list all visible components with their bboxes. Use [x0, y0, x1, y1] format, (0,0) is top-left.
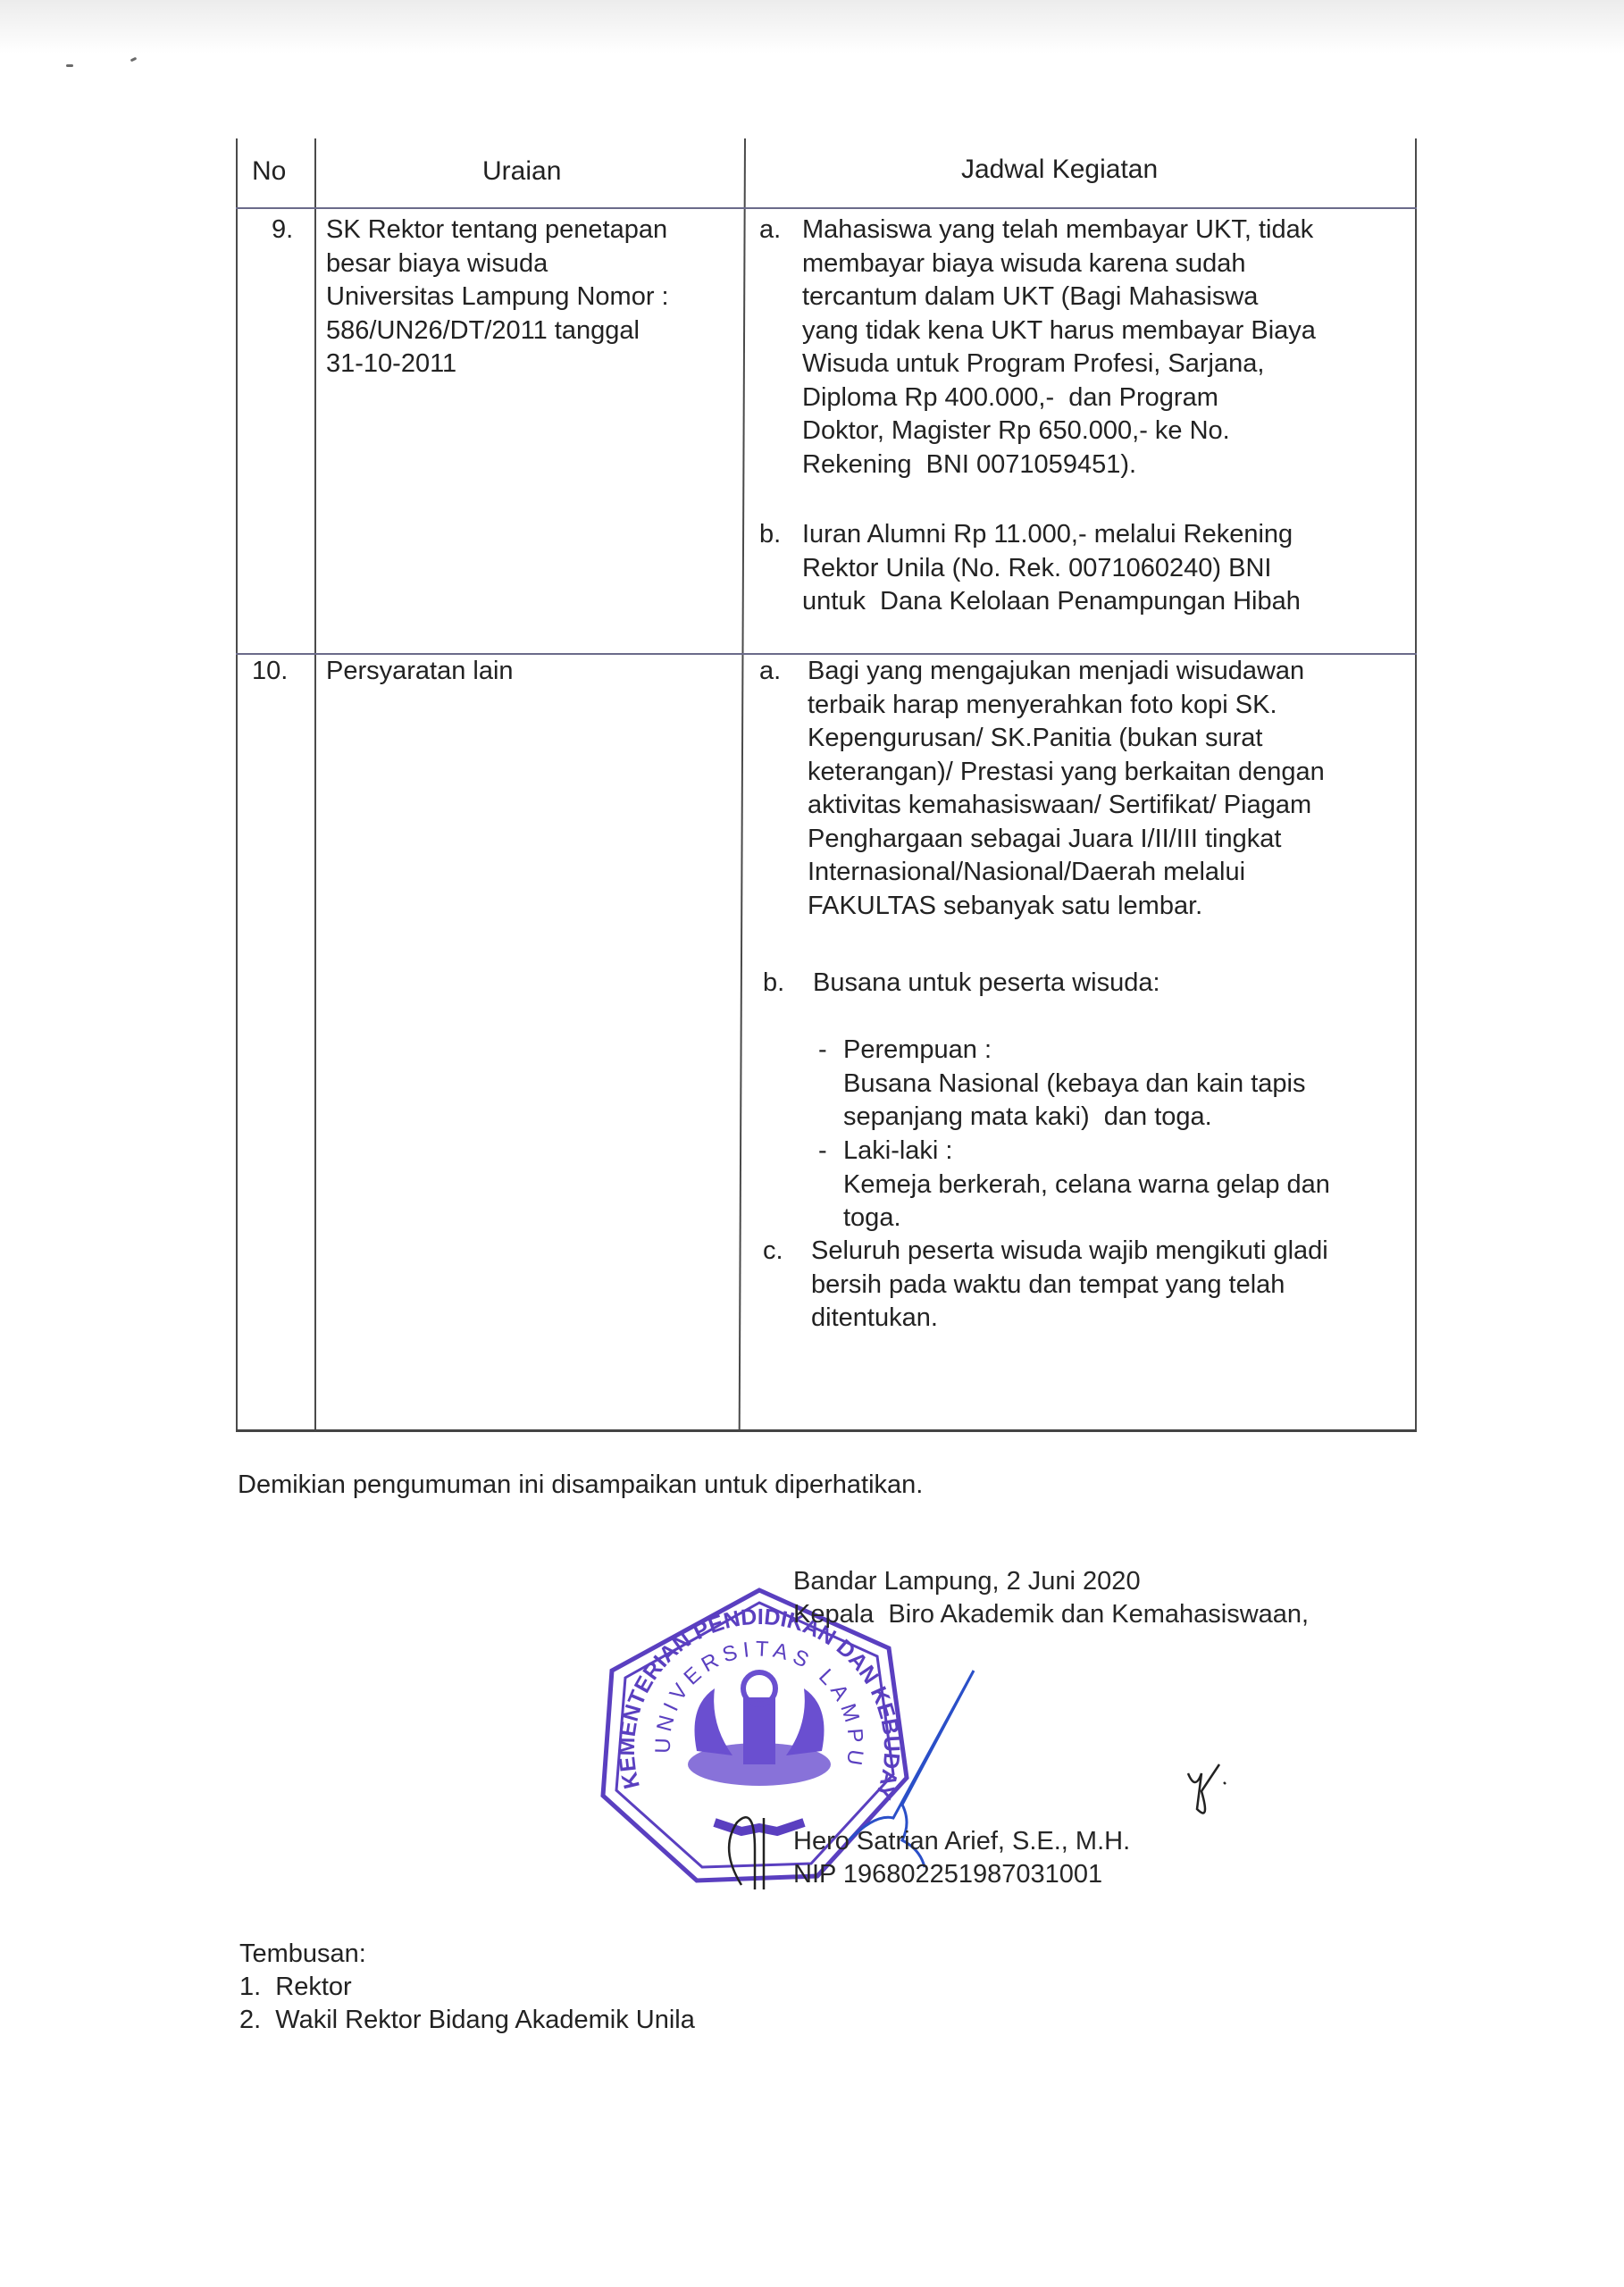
item-line: Wisuda untuk Program Profesi, Sarjana, [802, 348, 1316, 381]
sub-item-title: Laki-laki : [843, 1135, 1330, 1169]
header-divider [236, 207, 1417, 209]
sub-marker: - [818, 1034, 827, 1068]
header-uraian: Uraian [482, 155, 561, 188]
item-line: Kepengurusan/ SK.Panitia (bukan surat [808, 722, 1325, 756]
row-uraian: SK Rektor tentang penetapan besar biaya … [326, 214, 669, 381]
item-line: ditentukan. [811, 1302, 1328, 1336]
row-uraian: Persyaratan lain [326, 655, 514, 689]
item-line: Busana untuk peserta wisuda: [813, 967, 1160, 1001]
sub-item: Laki-laki : Kemeja berkerah, celana warn… [843, 1135, 1330, 1236]
item-line: Mahasiswa yang telah membayar UKT, tidak [802, 214, 1316, 247]
uraian-line: besar biaya wisuda [326, 247, 669, 281]
item-line: Iuran Alumni Rp 11.000,- melalui Rekenin… [802, 518, 1301, 552]
list-item: Bagi yang mengajukan menjadi wisudawan t… [808, 655, 1325, 923]
item-line: bersih pada waktu dan tempat yang telah [811, 1269, 1328, 1303]
item-marker: b. [759, 518, 781, 552]
scan-speck [130, 57, 138, 63]
uraian-line: 586/UN26/DT/2011 tanggal [326, 314, 669, 348]
table-border-right [1415, 138, 1417, 1431]
place-date: Bandar Lampung, 2 Juni 2020 [793, 1565, 1141, 1598]
uraian-line: SK Rektor tentang penetapan [326, 214, 669, 247]
item-line: Doktor, Magister Rp 650.000,- ke No. [802, 415, 1316, 448]
uraian-line: Universitas Lampung Nomor : [326, 281, 669, 314]
sub-item-title: Perempuan : [843, 1034, 1306, 1068]
uraian-line: 31-10-2011 [326, 348, 669, 381]
item-line: keterangan)/ Prestasi yang berkaitan den… [808, 756, 1325, 790]
item-line: yang tidak kena UKT harus membayar Biaya [802, 314, 1316, 348]
row-number: 10. [252, 655, 288, 689]
closing-statement: Demikian pengumuman ini disampaikan untu… [238, 1469, 923, 1503]
initial-mark-icon [715, 1796, 786, 1894]
item-line: untuk Dana Kelolaan Penampungan Hibah [802, 585, 1301, 619]
column-divider-no [314, 138, 316, 1431]
cc-title: Tembusan: [239, 1938, 366, 1971]
item-marker: c. [763, 1235, 783, 1269]
signer-position: Kepala Biro Akademik dan Kemahasiswaan, [793, 1598, 1309, 1631]
item-line: terbaik harap menyerahkan foto kopi SK. [808, 689, 1325, 723]
signer-name: Hero Satrian Arief, S.E., M.H. [793, 1825, 1130, 1858]
item-line: Bagi yang mengajukan menjadi wisudawan [808, 655, 1325, 689]
item-line: Kemeja berkerah, celana warna gelap dan [843, 1169, 1330, 1202]
item-line: sepanjang mata kaki) dan toga. [843, 1101, 1306, 1135]
schedule-table: No Uraian Jadwal Kegiatan 9. SK Rektor t… [236, 138, 1415, 1431]
table-border-bottom [236, 1429, 1417, 1432]
header-no: No [252, 155, 286, 188]
scan-speck [66, 64, 73, 67]
sub-marker: - [818, 1135, 827, 1169]
list-item: Mahasiswa yang telah membayar UKT, tidak… [802, 214, 1316, 482]
item-line: aktivitas kemahasiswaan/ Sertifikat/ Pia… [808, 789, 1325, 823]
row-number: 9. [272, 214, 293, 247]
item-line: Busana Nasional (kebaya dan kain tapis [843, 1068, 1306, 1102]
scan-shade [0, 0, 1624, 54]
list-item: Iuran Alumni Rp 11.000,- melalui Rekenin… [802, 518, 1301, 619]
item-line: tercantum dalam UKT (Bagi Mahasiswa [802, 281, 1316, 314]
signer-nip: NIP 196802251987031001 [793, 1858, 1102, 1891]
cc-item: 2. Wakil Rektor Bidang Akademik Unila [239, 2004, 695, 2037]
item-line: FAKULTAS sebanyak satu lembar. [808, 890, 1325, 924]
item-line: Diploma Rp 400.000,- dan Program [802, 381, 1316, 415]
item-line: Rekening BNI 0071059451). [802, 448, 1316, 482]
paraf-mark-icon [1179, 1755, 1233, 1827]
list-item: Seluruh peserta wisuda wajib mengikuti g… [811, 1235, 1328, 1336]
cc-item: 1. Rektor [239, 1971, 352, 2004]
item-marker: b. [763, 967, 784, 1001]
item-marker: a. [759, 214, 781, 247]
item-line: membayar biaya wisuda karena sudah [802, 247, 1316, 281]
item-line: Penghargaan sebagai Juara I/II/III tingk… [808, 823, 1325, 857]
column-divider-uraian [739, 138, 746, 1431]
item-line: Seluruh peserta wisuda wajib mengikuti g… [811, 1235, 1328, 1269]
header-jadwal: Jadwal Kegiatan [961, 153, 1158, 187]
table-border-left [236, 138, 238, 1431]
sub-item: Perempuan : Busana Nasional (kebaya dan … [843, 1034, 1306, 1135]
item-line: Rektor Unila (No. Rek. 0071060240) BNI [802, 552, 1301, 586]
item-line: toga. [843, 1202, 1330, 1236]
item-marker: a. [759, 655, 781, 689]
item-line: Internasional/Nasional/Daerah melalui [808, 856, 1325, 890]
